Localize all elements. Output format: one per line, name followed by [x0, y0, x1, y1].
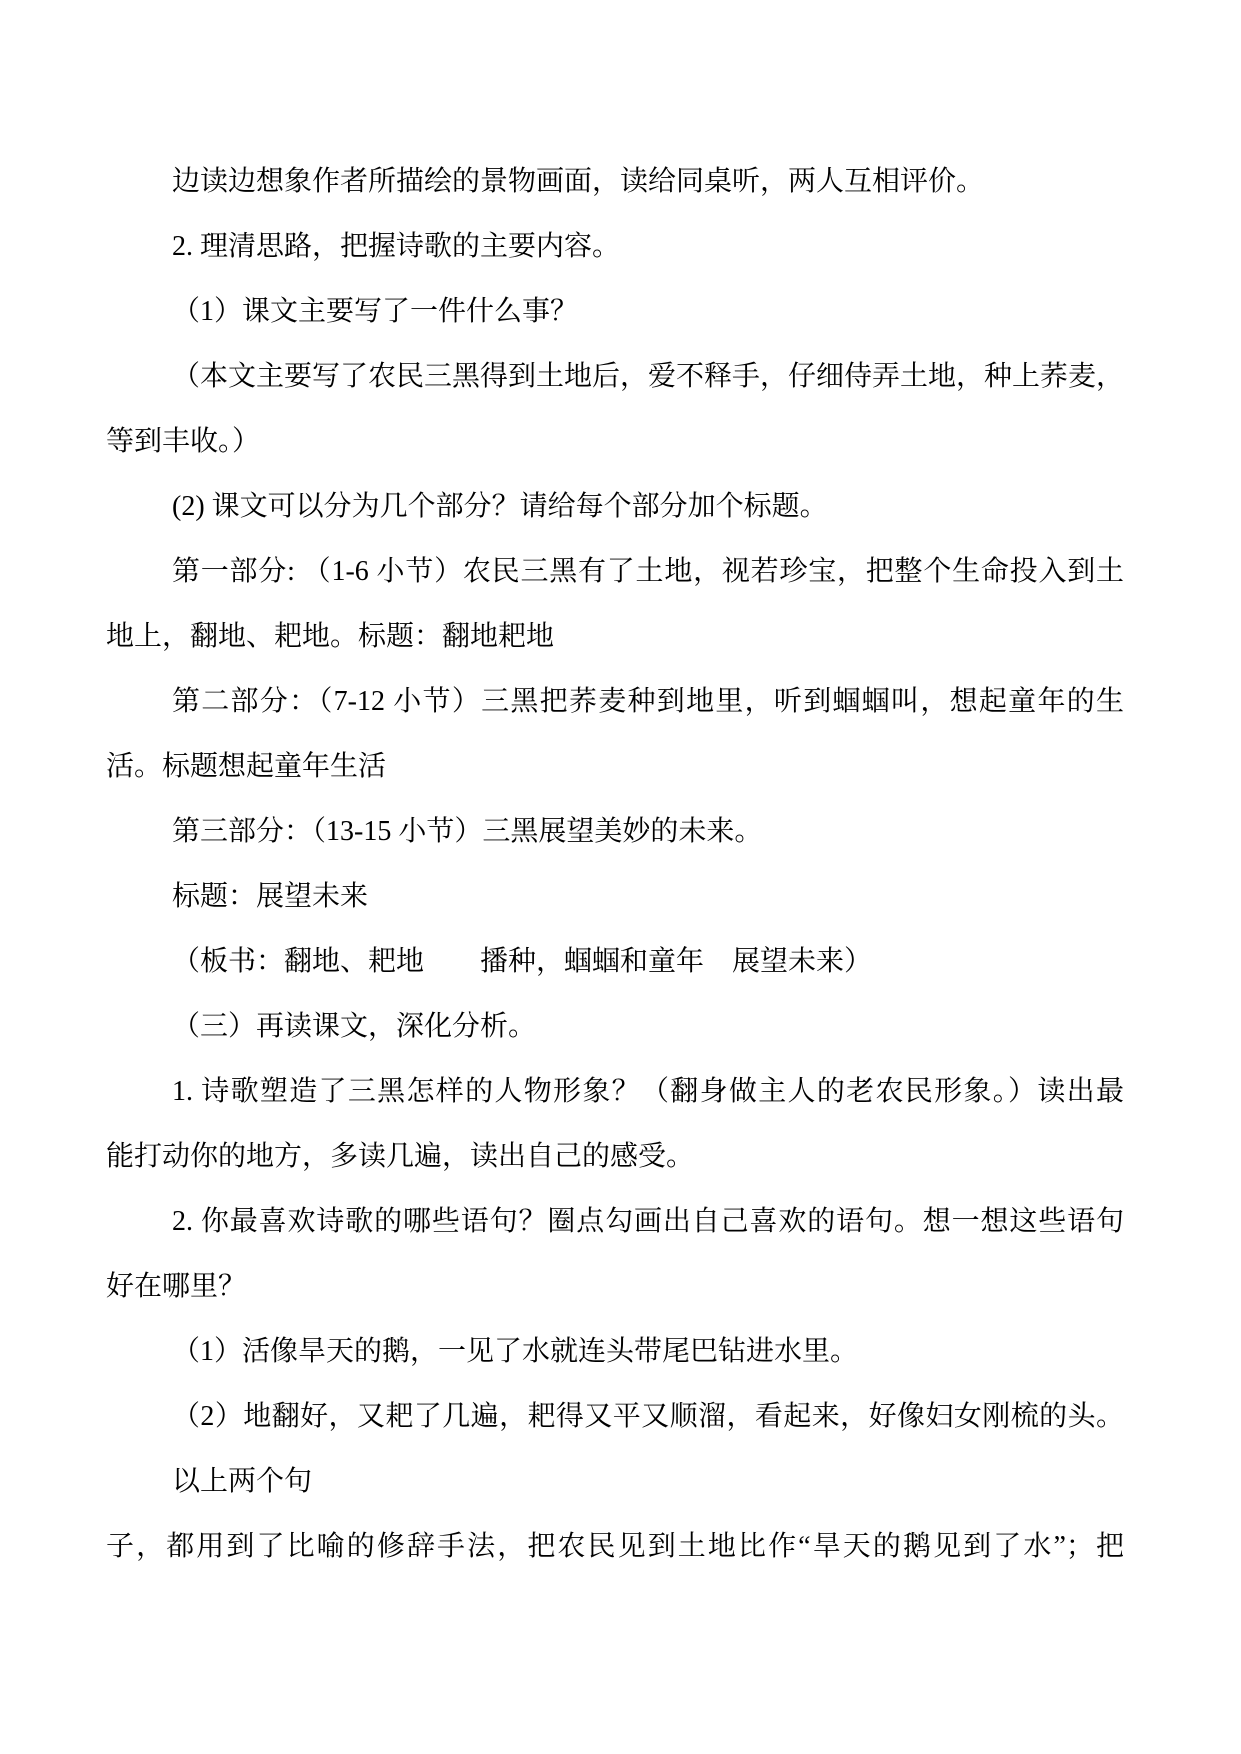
- text-line: 标题：展望未来: [106, 864, 1124, 929]
- text-line: 好在哪里？: [106, 1254, 1124, 1319]
- text-line: 2. 理清思路，把握诗歌的主要内容。: [106, 214, 1124, 279]
- text-line: 2. 你最喜欢诗歌的哪些语句？圈点勾画出自己喜欢的语句。想一想这些语句: [106, 1189, 1124, 1254]
- text-line: （2）地翻好，又耙了几遍，耙得又平又顺溜，看起来，好像妇女刚梳的头。: [106, 1384, 1124, 1449]
- text-line: （本文主要写了农民三黑得到土地后，爱不释手，仔细侍弄土地，种上荞麦，: [106, 344, 1124, 409]
- text-line: 边读边想象作者所描绘的景物画面，读给同桌听，两人互相评价。: [106, 149, 1124, 214]
- text-line: 第一部分: （1-6 小节）农民三黑有了土地，视若珍宝，把整个生命投入到土: [106, 539, 1124, 604]
- text-line: 第二部分：（7-12 小节）三黑把荞麦种到地里，听到蝈蝈叫，想起童年的生: [106, 669, 1124, 734]
- text-line: （1）活像旱天的鹅，一见了水就连头带尾巴钻进水里。: [106, 1319, 1124, 1384]
- text-line: (2) 课文可以分为几个部分？请给每个部分加个标题。: [106, 474, 1124, 539]
- text-line: 能打动你的地方，多读几遍，读出自己的感受。: [106, 1124, 1124, 1189]
- text-line: 等到丰收。）: [106, 409, 1124, 474]
- text-line: （1）课文主要写了一件什么事？: [106, 279, 1124, 344]
- document-page: 边读边想象作者所描绘的景物画面，读给同桌听，两人互相评价。 2. 理清思路，把握…: [0, 0, 1241, 1754]
- text-line: 第三部分：（13-15 小节）三黑展望美妙的未来。: [106, 799, 1124, 864]
- text-line: 活。标题想起童年生活: [106, 734, 1124, 799]
- text-line: 子，都用到了比喻的修辞手法，把农民见到土地比作“旱天的鹅见到了水”；把: [106, 1514, 1124, 1579]
- text-line: 地上，翻地、耙地。标题：翻地耙地: [106, 604, 1124, 669]
- text-line: （板书：翻地、耙地 播种，蝈蝈和童年 展望未来）: [106, 929, 1124, 994]
- text-line: 1. 诗歌塑造了三黑怎样的人物形象？（翻身做主人的老农民形象。）读出最: [106, 1059, 1124, 1124]
- text-line: 以上两个句: [106, 1449, 1124, 1514]
- text-line: （三）再读课文，深化分析。: [106, 994, 1124, 1059]
